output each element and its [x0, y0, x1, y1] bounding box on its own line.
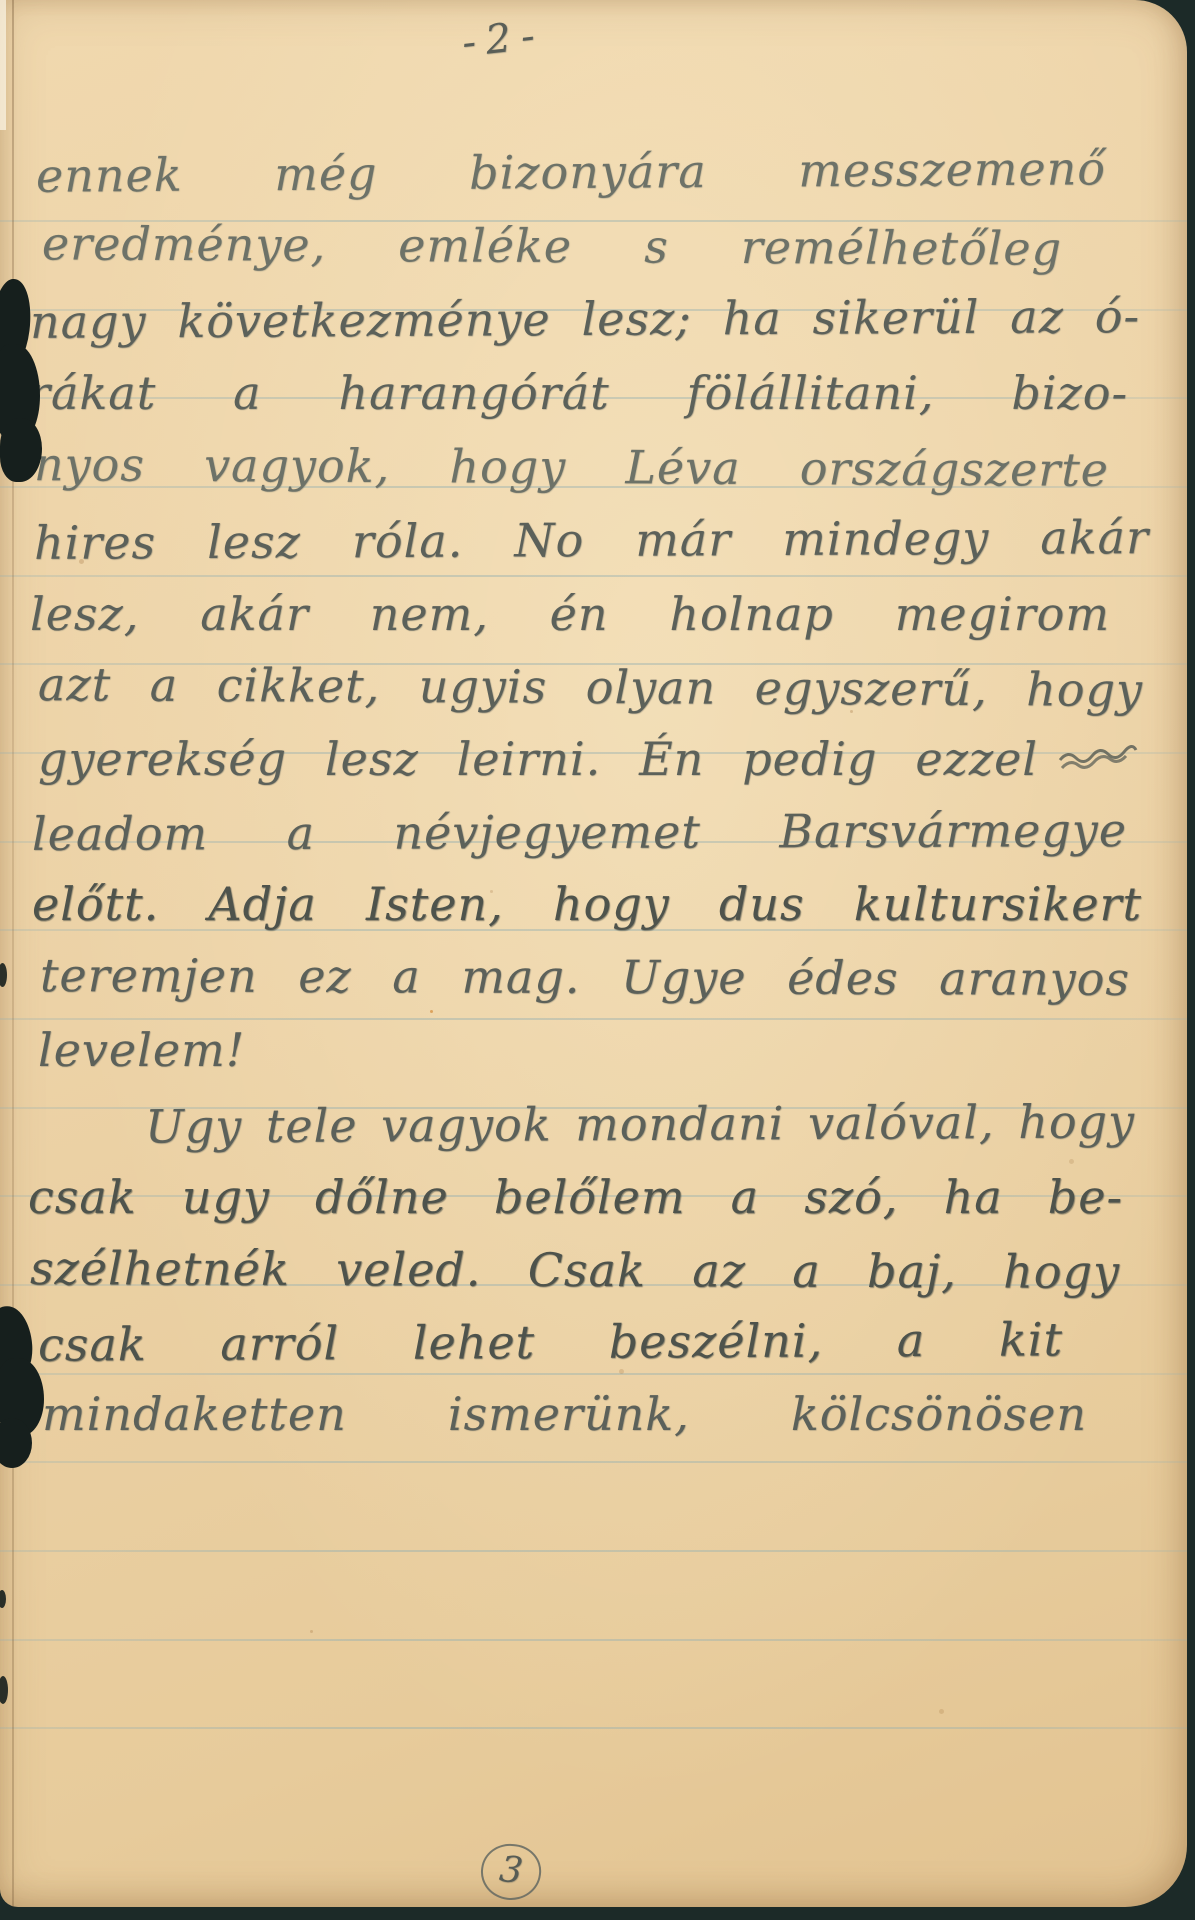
handwriting-line: nagy következménye lesz; ha sikerül az ó…: [30, 292, 1140, 346]
handwriting-line: hires lesz róla. No már mindegy akár: [34, 513, 1149, 567]
ink-mark: [0, 963, 7, 987]
handwriting-line: azt a cikket, ugyis olyan egyszerű, hogy: [38, 660, 1143, 714]
handwriting-line: előtt. Adja Isten, hogy dus kultursikert: [32, 880, 1142, 928]
handwriting-line: rákat a harangórát fölállitani, bizo-: [28, 369, 1128, 417]
ruled-line: [0, 575, 1187, 577]
ink-mark: [0, 1676, 8, 1704]
paper-speckles: [430, 1010, 433, 1013]
ruled-line: [0, 1550, 1187, 1552]
page-number-top: -2-: [460, 12, 547, 66]
handwriting-line: nyos vagyok, hogy Léva országszerte: [34, 440, 1109, 494]
handwriting-line: ennek még bizonyára messzemenő: [36, 144, 1106, 200]
ruled-line: [0, 1461, 1187, 1463]
handwriting-line: leadom a névjegyemet Barsvármegye: [32, 806, 1127, 858]
handwriting-line: szélhetnék veled. Csak az a baj, hogy: [30, 1244, 1120, 1296]
handwriting-line: teremjen ez a mag. Ugye édes aranyos: [40, 951, 1130, 1003]
crossed-out-word-scribble: [1058, 742, 1138, 776]
handwriting-line: gyerekség lesz leirni. Én pedig ezzel: [38, 735, 1038, 783]
handwriting-line: eredménye, emléke s remélhetőleg: [42, 219, 1062, 273]
ruled-line: [0, 1018, 1187, 1020]
ruled-line: [0, 1727, 1187, 1729]
handwriting-line: Ugy tele vagyok mondani valóval, hogy: [145, 1097, 1135, 1150]
handwriting-line: lesz, akár nem, én holnap megirom: [30, 590, 1110, 638]
ink-mark: [0, 1590, 6, 1608]
circled-page-number: 3: [478, 1841, 544, 1904]
ruled-line: [0, 1373, 1187, 1375]
scanned-page: -2- ennek még bizonyára messzemenő eredm…: [0, 0, 1195, 1920]
handwriting-line: levelem!: [38, 1026, 245, 1074]
notebook-paper: -2- ennek még bizonyára messzemenő eredm…: [0, 0, 1187, 1907]
handwriting-line: mindaketten ismerünk, kölcsönösen: [42, 1390, 1087, 1438]
handwriting-line: csak ugy dőlne belőlem a szó, ha be-: [28, 1173, 1123, 1221]
handwriting-line: csak arról lehet beszélni, a kit: [38, 1315, 1063, 1369]
ruled-line: [0, 1639, 1187, 1641]
page-edge-highlight: [0, 0, 6, 130]
